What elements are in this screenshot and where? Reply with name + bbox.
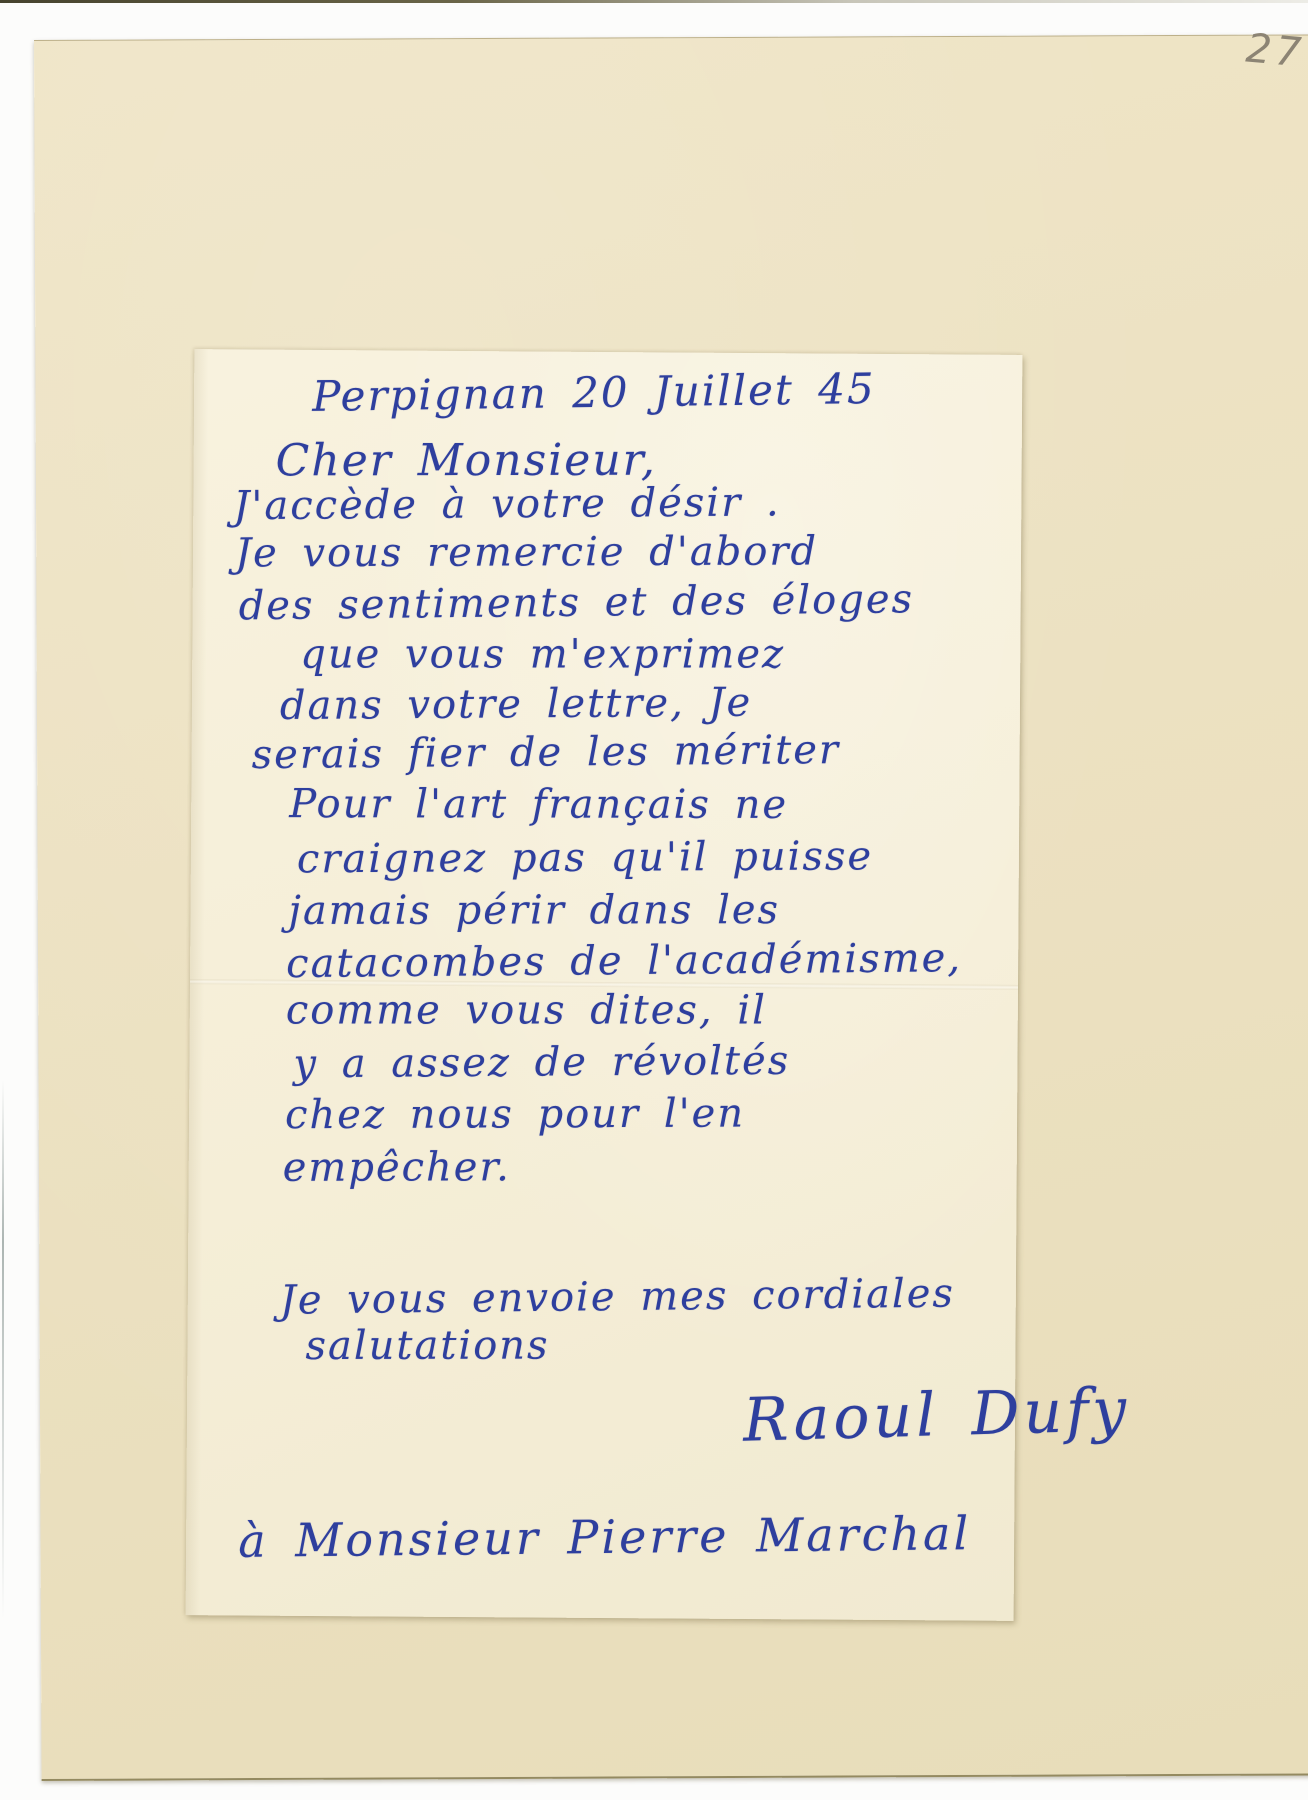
letter-body-line: craignez pas qu'il puisse [297,833,873,882]
signature: Raoul Dufy [742,1375,1131,1456]
letter-body-line: jamais périr dans les [288,887,780,934]
letter-dateline: Perpignan 20 Juillet 45 [312,364,876,421]
letter-body-line: que vous m'exprimez [300,632,785,678]
letter-body-line: dans votre lettre, Je [280,680,753,729]
scan-edge-artifact-left [2,1080,4,1620]
letter-body-line: Je vous remercie d'abord [235,528,818,576]
letter-body-line: J'accède à votre désir . [233,479,781,529]
letter-body-line: des sentiments et des éloges [238,576,914,629]
recipient-line: à Monsieur Pierre Marchal [238,1506,972,1568]
letter-closing-line: salutations [305,1323,549,1369]
letter-body-line: y a assez de révoltés [293,1038,790,1087]
letter-body-line: comme vous dites, il [286,987,767,1033]
letter-body-line: Pour l'art français ne [289,781,788,828]
archive-page-number: 27 [1244,26,1307,77]
letter-body-line: serais fier de les mériter [251,727,840,778]
letter-body-line: empêcher. [283,1144,511,1190]
letter-closing-line: Je vous envoie mes cordiales [280,1271,956,1324]
letter-sheet: Perpignan 20 Juillet 45 Cher Monsieur, J… [186,349,1023,1621]
letter-body-line: chez nous pour l'en [285,1091,745,1139]
scan-edge-artifact-top [0,0,1308,3]
letter-body-line: catacombes de l'académisme, [286,935,962,987]
letter-salutation: Cher Monsieur, [276,435,657,487]
